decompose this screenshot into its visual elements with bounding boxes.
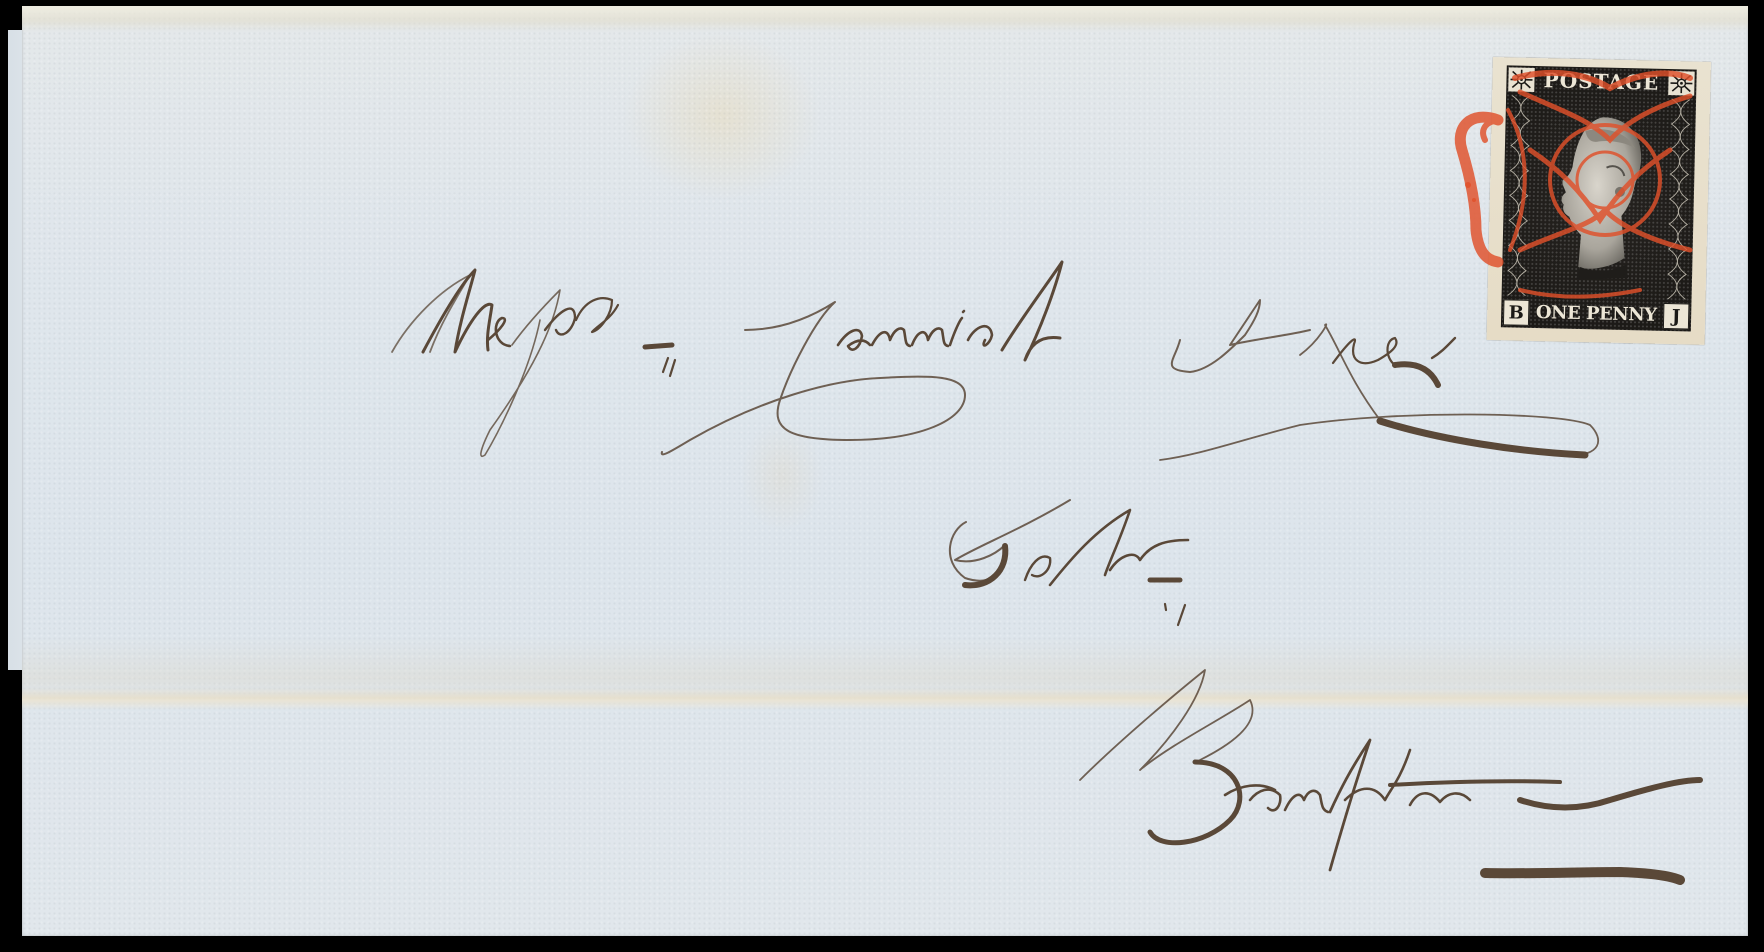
star-icon <box>1668 71 1695 96</box>
star-icon <box>1508 67 1535 92</box>
stamp-postage-text: POSTAGE <box>1536 68 1667 95</box>
horizontal-fold-crease <box>22 688 1748 710</box>
stamp-value-text: ONE PENNY <box>1531 300 1662 329</box>
stamp-frame: POSTAGE <box>1501 65 1697 331</box>
queen-victoria-portrait-icon <box>1540 106 1664 289</box>
letter-sheet <box>22 6 1748 936</box>
lattice-border-icon <box>1666 99 1693 299</box>
check-letter-right: J <box>1663 303 1690 330</box>
check-letter-left: B <box>1503 299 1530 326</box>
lattice-border-icon <box>1506 95 1533 295</box>
cover-photo: POSTAGE <box>0 0 1764 952</box>
top-fold <box>22 6 1748 32</box>
stamp-bottom-row: B ONE PENNY J <box>1501 297 1692 329</box>
penny-black-stamp: POSTAGE <box>1487 57 1711 345</box>
